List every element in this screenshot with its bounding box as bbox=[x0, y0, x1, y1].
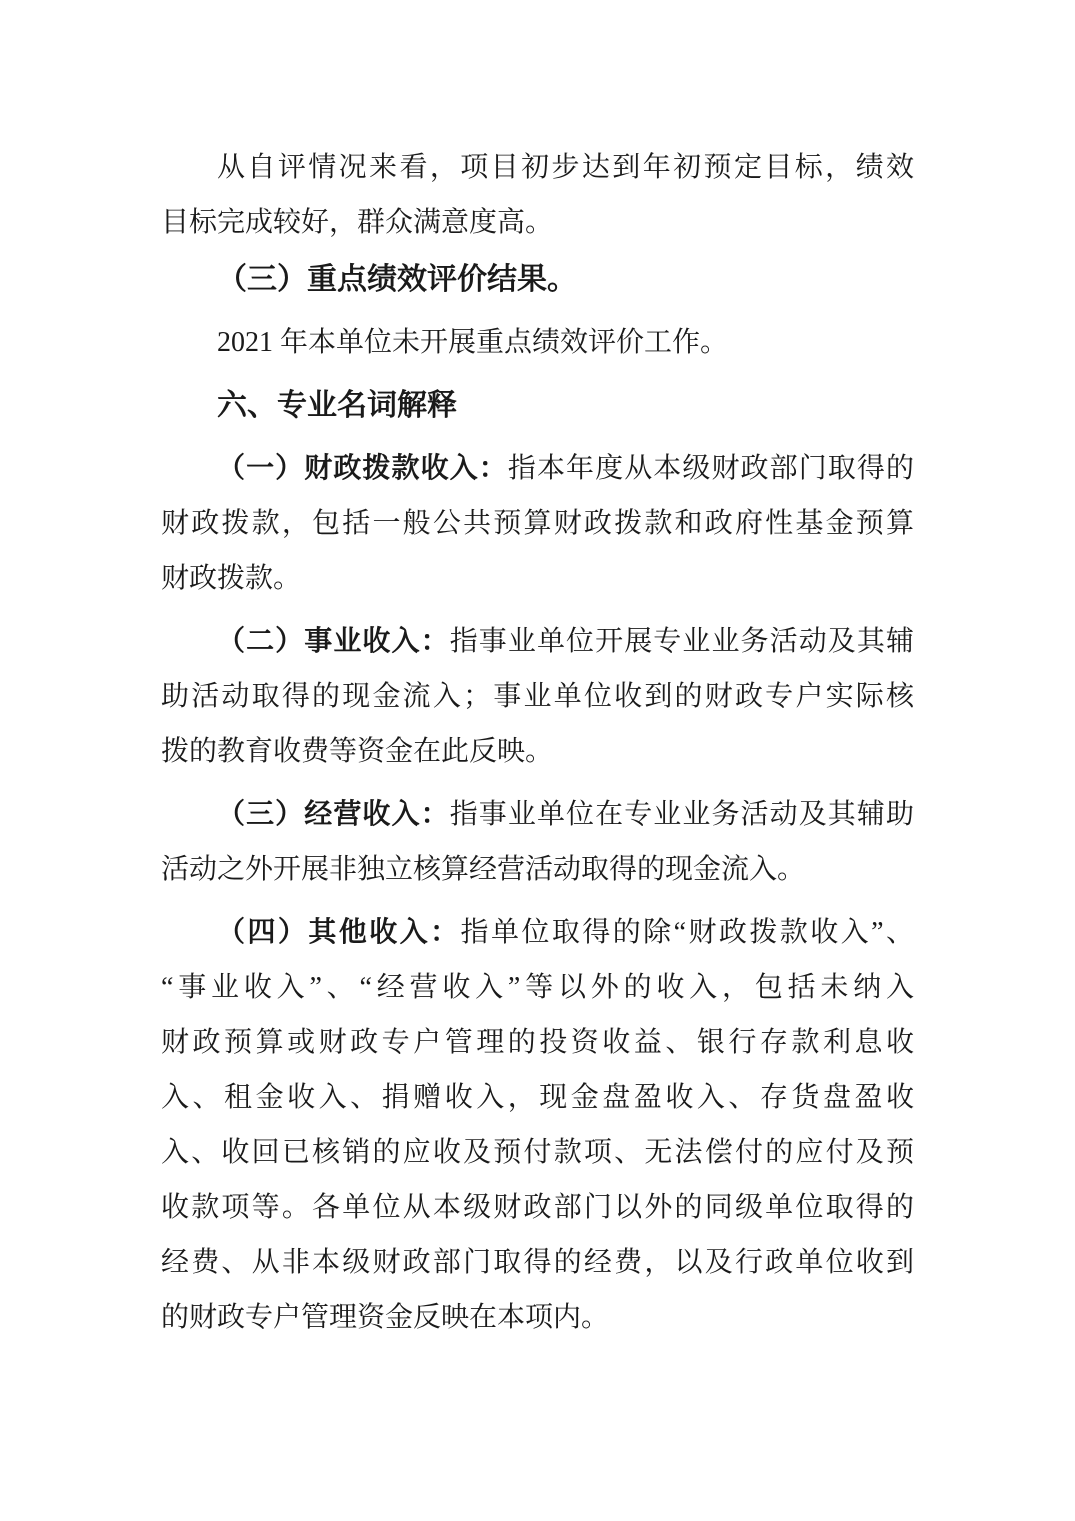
text-line: （二）事业收入：指事业单位开展专业业务活动及其辅 bbox=[161, 614, 914, 669]
text-line: “事业收入”、“经营收入”等以外的收入，包括未纳入 bbox=[161, 960, 914, 1015]
text-line: 的财政专户管理资金反映在本项内。 bbox=[161, 1290, 914, 1345]
text-segment: 经费、从非本级财政部门取得的经费，以及行政单位收到 bbox=[161, 1247, 914, 1278]
text-segment: 从自评情况来看，项目初步达到年初预定目标，绩效 bbox=[217, 152, 914, 183]
text-line: 目标完成较好，群众满意度高。 bbox=[161, 195, 914, 250]
text-segment: 入、租金收入、捐赠收入，现金盘盈收入、存货盘盈收 bbox=[161, 1082, 914, 1113]
text-line: （三）重点绩效评价结果。 bbox=[161, 252, 914, 307]
paragraph-self-evaluation-summary: 从自评情况来看，项目初步达到年初预定目标，绩效目标完成较好，群众满意度高。 bbox=[161, 140, 914, 250]
text-line: 2021 年本单位未开展重点绩效评价工作。 bbox=[161, 315, 914, 370]
bold-text-segment: （一）财政拨款收入： bbox=[217, 453, 508, 484]
text-segment: 拨的教育收费等资金在此反映。 bbox=[161, 736, 553, 767]
text-line: 财政拨款，包括一般公共预算财政拨款和政府性基金预算 bbox=[161, 496, 914, 551]
text-segment: 财政拨款。 bbox=[161, 563, 301, 594]
text-segment: 指事业单位开展专业业务活动及其辅 bbox=[450, 626, 914, 657]
paragraph-definition-other-income: （四）其他收入：指单位取得的除“财政拨款收入”、“事业收入”、“经营收入”等以外… bbox=[161, 905, 914, 1345]
page-content: 从自评情况来看，项目初步达到年初预定目标，绩效目标完成较好，群众满意度高。（三）… bbox=[161, 140, 914, 1345]
text-segment: 入、收回已核销的应收及预付款项、无法偿付的应付及预 bbox=[161, 1137, 914, 1168]
text-line: 拨的教育收费等资金在此反映。 bbox=[161, 724, 914, 779]
text-line: 收款项等。各单位从本级财政部门以外的同级单位取得的 bbox=[161, 1180, 914, 1235]
paragraph-definition-business-income: （三）经营收入：指事业单位在专业业务活动及其辅助活动之外开展非独立核算经营活动取… bbox=[161, 787, 914, 897]
text-segment: “事业收入”、“经营收入”等以外的收入，包括未纳入 bbox=[161, 972, 914, 1003]
text-segment: 指事业单位在专业业务活动及其辅助 bbox=[450, 799, 914, 830]
text-line: （一）财政拨款收入：指本年度从本级财政部门取得的 bbox=[161, 441, 914, 496]
text-line: 从自评情况来看，项目初步达到年初预定目标，绩效 bbox=[161, 140, 914, 195]
text-line: （四）其他收入：指单位取得的除“财政拨款收入”、 bbox=[161, 905, 914, 960]
text-segment: 收款项等。各单位从本级财政部门以外的同级单位取得的 bbox=[161, 1192, 914, 1223]
text-segment: 2021 年本单位未开展重点绩效评价工作。 bbox=[217, 327, 728, 358]
heading-section-six-terminology: 六、专业名词解释 bbox=[161, 378, 914, 433]
text-segment: 指单位取得的除“财政拨款收入”、 bbox=[461, 917, 914, 948]
text-line: 入、收回已核销的应收及预付款项、无法偿付的应付及预 bbox=[161, 1125, 914, 1180]
text-line: 经费、从非本级财政部门取得的经费，以及行政单位收到 bbox=[161, 1235, 914, 1290]
text-segment: 指本年度从本级财政部门取得的 bbox=[508, 453, 914, 484]
paragraph-definition-fiscal-appropriation-income: （一）财政拨款收入：指本年度从本级财政部门取得的财政拨款，包括一般公共预算财政拨… bbox=[161, 441, 914, 606]
bold-text-segment: （三）重点绩效评价结果。 bbox=[217, 263, 577, 296]
paragraph-2021-no-key-evaluation: 2021 年本单位未开展重点绩效评价工作。 bbox=[161, 315, 914, 370]
text-segment: 财政预算或财政专户管理的投资收益、银行存款利息收 bbox=[161, 1027, 914, 1058]
text-segment: 财政拨款，包括一般公共预算财政拨款和政府性基金预算 bbox=[161, 508, 914, 539]
text-line: 入、租金收入、捐赠收入，现金盘盈收入、存货盘盈收 bbox=[161, 1070, 914, 1125]
bold-text-segment: （四）其他收入： bbox=[217, 917, 461, 948]
document-page: 从自评情况来看，项目初步达到年初预定目标，绩效目标完成较好，群众满意度高。（三）… bbox=[0, 0, 1075, 1521]
text-line: 财政拨款。 bbox=[161, 551, 914, 606]
text-line: 助活动取得的现金流入；事业单位收到的财政专户实际核 bbox=[161, 669, 914, 724]
text-segment: 助活动取得的现金流入；事业单位收到的财政专户实际核 bbox=[161, 681, 914, 712]
heading-section-three-key-performance-evaluation: （三）重点绩效评价结果。 bbox=[161, 252, 914, 307]
text-line: （三）经营收入：指事业单位在专业业务活动及其辅助 bbox=[161, 787, 914, 842]
bold-text-segment: （二）事业收入： bbox=[217, 626, 450, 657]
text-segment: 的财政专户管理资金反映在本项内。 bbox=[161, 1302, 609, 1333]
text-line: 六、专业名词解释 bbox=[161, 378, 914, 433]
bold-text-segment: 六、专业名词解释 bbox=[217, 389, 457, 422]
text-segment: 目标完成较好，群众满意度高。 bbox=[161, 207, 553, 238]
paragraph-definition-operational-income: （二）事业收入：指事业单位开展专业业务活动及其辅助活动取得的现金流入；事业单位收… bbox=[161, 614, 914, 779]
text-line: 财政预算或财政专户管理的投资收益、银行存款利息收 bbox=[161, 1015, 914, 1070]
bold-text-segment: （三）经营收入： bbox=[217, 799, 450, 830]
text-line: 活动之外开展非独立核算经营活动取得的现金流入。 bbox=[161, 842, 914, 897]
text-segment: 活动之外开展非独立核算经营活动取得的现金流入。 bbox=[161, 854, 805, 885]
